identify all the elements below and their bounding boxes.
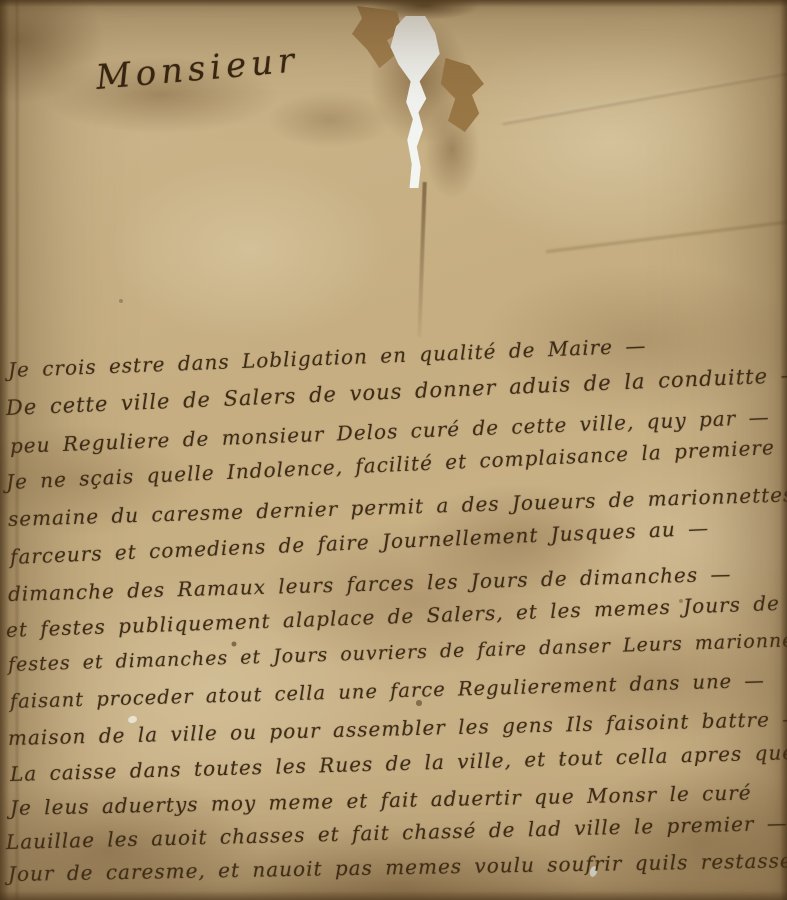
tear-crease (417, 182, 426, 337)
letter-line-10: faisant proceder atout cella une farce R… (10, 669, 765, 713)
paper-crease (502, 69, 787, 125)
torn-paper-flap (436, 58, 484, 132)
paper-crease (546, 220, 787, 253)
letter-line-15: Jour de caresme, et nauoit pas memes vou… (8, 848, 787, 886)
paper-edge-left (0, 0, 9, 900)
paper-edge-bottom (0, 891, 787, 900)
manuscript-letter-page: Monsieur Je crois estre dans Lobligation… (0, 0, 787, 900)
ink-specks (0, 0, 2, 2)
paper-edge-top (0, 0, 787, 7)
paper-edge-right (780, 0, 787, 900)
tear-hole (386, 16, 442, 188)
salutation: Monsieur (94, 40, 300, 98)
